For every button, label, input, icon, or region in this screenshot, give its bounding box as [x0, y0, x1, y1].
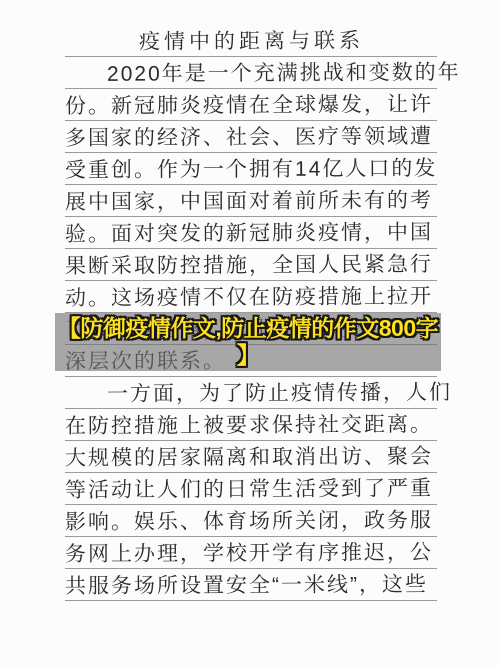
essay-line-text: 2020年是一个充满挑战和变数的年 — [65, 60, 461, 89]
essay-line-text: 动。这场疫情不仅在防疫措施上拉开 — [65, 284, 433, 313]
essay-line: 影响。娱乐、体育场所关闭，政务服 — [65, 505, 437, 537]
essay-line-text: 在防控措施上被要求保持社交距离。 — [65, 412, 433, 441]
essay-line: 多国家的经济、社会、医疗等领域遭 — [65, 121, 437, 153]
essay-line: 共服务场所设置安全“一米线”，这些 — [65, 569, 437, 601]
essay-line: 验。面对突发的新冠肺炎疫情，中国 — [65, 217, 437, 249]
essay-line: 在防控措施上被要求保持社交距离。 — [65, 409, 437, 441]
essay-line: 一方面，为了防止疫情传播，人们 — [65, 377, 437, 409]
essay-line-text: 份。新冠肺炎疫情在全球爆发，让许 — [65, 92, 433, 121]
essay-line: 大规模的居家隔离和取消出访、聚会 — [65, 441, 437, 473]
essay-line-text: 影响。娱乐、体育场所关闭，政务服 — [65, 508, 433, 537]
essay-line: 务网上办理，学校开学有序推迟，公 — [65, 537, 437, 569]
essay-line: 动。这场疫情不仅在防疫措施上拉开 — [65, 281, 437, 313]
essay-line-text: 受重创。作为一个拥有14亿人口的发 — [65, 156, 437, 185]
essay-line-text: 一方面，为了防止疫情传播，人们 — [65, 380, 452, 409]
essay-title: 疫情中的距离与联系 — [138, 28, 363, 56]
essay-line-text: 等活动让人们的日常生活受到了严重 — [65, 476, 433, 505]
essay-line: 受重创。作为一个拥有14亿人口的发 — [65, 153, 437, 185]
essay-line: 份。新冠肺炎疫情在全球爆发，让许 — [65, 89, 437, 121]
caption-text: 【防御疫情作文,防止疫情的作文800字 — [55, 315, 441, 342]
essay-line-text: 共服务场所设置安全“一米线”，这些 — [65, 572, 428, 601]
essay-line: 2020年是一个充满挑战和变数的年 — [65, 57, 437, 89]
essay-line-text: 展中国家，中国面对着前所未有的考 — [65, 188, 433, 217]
essay-line: 展中国家，中国面对着前所未有的考 — [65, 185, 437, 217]
essay-line-text: 验。面对突发的新冠肺炎疫情，中国 — [65, 220, 433, 249]
essay-photo: 疫情中的距离与联系 2020年是一个充满挑战和变数的年 份。新冠肺炎疫情在全球爆… — [0, 0, 500, 666]
essay-line-text: 务网上办理，学校开学有序推迟，公 — [65, 540, 433, 569]
essay-line: 果断采取防控措施，全国人民紧急行 — [65, 249, 437, 281]
essay-line-text: 大规模的居家隔离和取消出访、聚会 — [65, 444, 433, 473]
essay-line: 等活动让人们的日常生活受到了严重 — [65, 473, 437, 505]
caption-closing-bracket: 】 — [55, 342, 441, 369]
essay-line-text: 多国家的经济、社会、医疗等领域遭 — [65, 124, 433, 153]
caption-overlay-band: 【防御疫情作文,防止疫情的作文800字 】 — [55, 313, 441, 371]
essay-title-row: 疫情中的距离与联系 — [65, 25, 437, 57]
essay-line-text: 果断采取防控措施，全国人民紧急行 — [65, 252, 433, 281]
